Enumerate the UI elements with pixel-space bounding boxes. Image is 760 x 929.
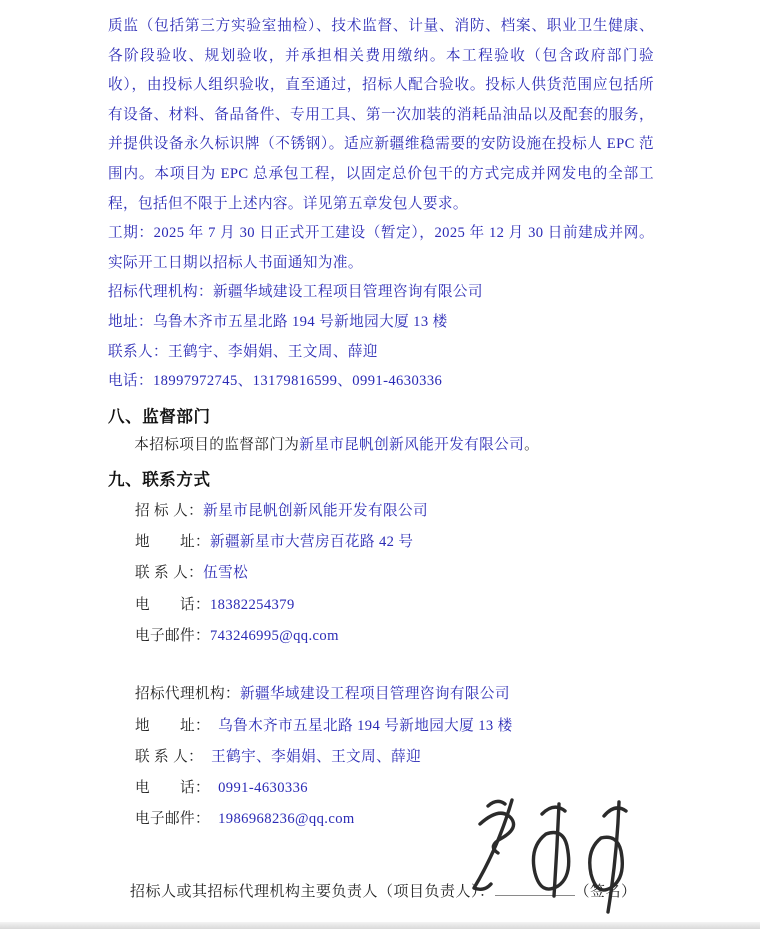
tenderer-contact-block: 招 标 人：新星市昆帆创新风能开发有限公司 地 址：新疆新星市大营房百花路 42…: [135, 496, 654, 652]
agency-value: 乌鲁木齐市五星北路 194 号新地园大厦 13 楼: [218, 718, 513, 734]
agency-value: 王鹤宇、李娟娟、王文周、薛迎: [211, 749, 421, 765]
tenderer-row: 联 系 人：伍雪松: [135, 558, 654, 589]
signature-underline: [495, 882, 575, 896]
tenderer-value: 18382254379: [210, 597, 295, 613]
sign-label: （签名）: [575, 884, 637, 900]
responsible-person-line: 招标人或其招标代理机构主要负责人（项目负责人）：（签名）: [130, 880, 637, 901]
tenderer-label: 电子邮件：: [135, 628, 210, 644]
block-gap: [108, 652, 654, 677]
schedule-line: 工期：2025 年 7 月 30 日正式开工建设（暂定），2025 年 12 月…: [108, 219, 654, 278]
agency-value: 1986968236@qq.com: [218, 811, 355, 827]
tenderer-label: 招 标 人：: [135, 503, 203, 519]
agency-row: 招标代理机构：新疆华域建设工程项目管理咨询有限公司: [135, 679, 654, 710]
supervisor-name: 新星市昆帆创新风能开发有限公司: [299, 437, 524, 453]
page-bottom-edge: [0, 922, 760, 929]
tenderer-value: 743246995@qq.com: [210, 628, 339, 644]
tenderer-label: 联 系 人：: [135, 565, 203, 581]
tenderer-value: 新疆新星市大营房百花路 42 号: [210, 534, 413, 550]
tenderer-value: 新星市昆帆创新风能开发有限公司: [203, 503, 428, 519]
section-8-body-prefix: 本招标项目的监督部门为: [134, 437, 299, 453]
agency-line: 招标代理机构：新疆华域建设工程项目管理咨询有限公司: [108, 278, 654, 308]
agency-phone-line: 电话：18997972745、13179816599、0991-4630336: [108, 367, 654, 397]
agency-row: 电子邮件： 1986968236@qq.com: [135, 804, 654, 835]
tenderer-value: 伍雪松: [203, 565, 248, 581]
section-8-body-suffix: 。: [524, 437, 539, 453]
responsible-person-text: 招标人或其招标代理机构主要负责人（项目负责人）：: [130, 884, 495, 900]
agency-label: 电 话：: [135, 780, 218, 796]
tenderer-label: 电 话：: [135, 597, 210, 613]
agency-address-line: 地址：乌鲁木齐市五星北路 194 号新地园大厦 13 楼: [108, 308, 654, 338]
tenderer-label: 地 址：: [135, 534, 210, 550]
section-9-heading: 九、联系方式: [108, 465, 654, 494]
document-page: 质监（包括第三方实验室抽检）、技术监督、计量、消防、档案、职业卫生健康、各阶段验…: [0, 0, 760, 929]
tenderer-row: 招 标 人：新星市昆帆创新风能开发有限公司: [135, 496, 654, 527]
agency-label: 电子邮件：: [135, 811, 218, 827]
tenderer-row: 电 话：18382254379: [135, 590, 654, 621]
intro-paragraph: 质监（包括第三方实验室抽检）、技术监督、计量、消防、档案、职业卫生健康、各阶段验…: [108, 12, 654, 219]
section-8-heading: 八、监督部门: [108, 402, 654, 431]
agency-label: 联 系 人：: [135, 749, 211, 765]
agency-row: 联 系 人： 王鹤宇、李娟娟、王文周、薛迎: [135, 742, 654, 773]
agency-contact-block: 招标代理机构：新疆华域建设工程项目管理咨询有限公司 地 址： 乌鲁木齐市五星北路…: [135, 679, 654, 835]
agency-contacts-line: 联系人：王鹤宇、李娟娟、王文周、薛迎: [108, 338, 654, 368]
agency-label: 地 址：: [135, 718, 218, 734]
tenderer-row: 地 址：新疆新星市大营房百花路 42 号: [135, 527, 654, 558]
document-body: 质监（包括第三方实验室抽检）、技术监督、计量、消防、档案、职业卫生健康、各阶段验…: [108, 12, 654, 836]
agency-row: 地 址： 乌鲁木齐市五星北路 194 号新地园大厦 13 楼: [135, 711, 654, 742]
tenderer-row: 电子邮件：743246995@qq.com: [135, 621, 654, 652]
agency-value: 新疆华域建设工程项目管理咨询有限公司: [240, 686, 510, 702]
agency-label: 招标代理机构：: [135, 686, 240, 702]
section-8-body: 本招标项目的监督部门为新星市昆帆创新风能开发有限公司。: [108, 431, 654, 460]
agency-row: 电 话： 0991-4630336: [135, 773, 654, 804]
agency-value: 0991-4630336: [218, 780, 308, 796]
